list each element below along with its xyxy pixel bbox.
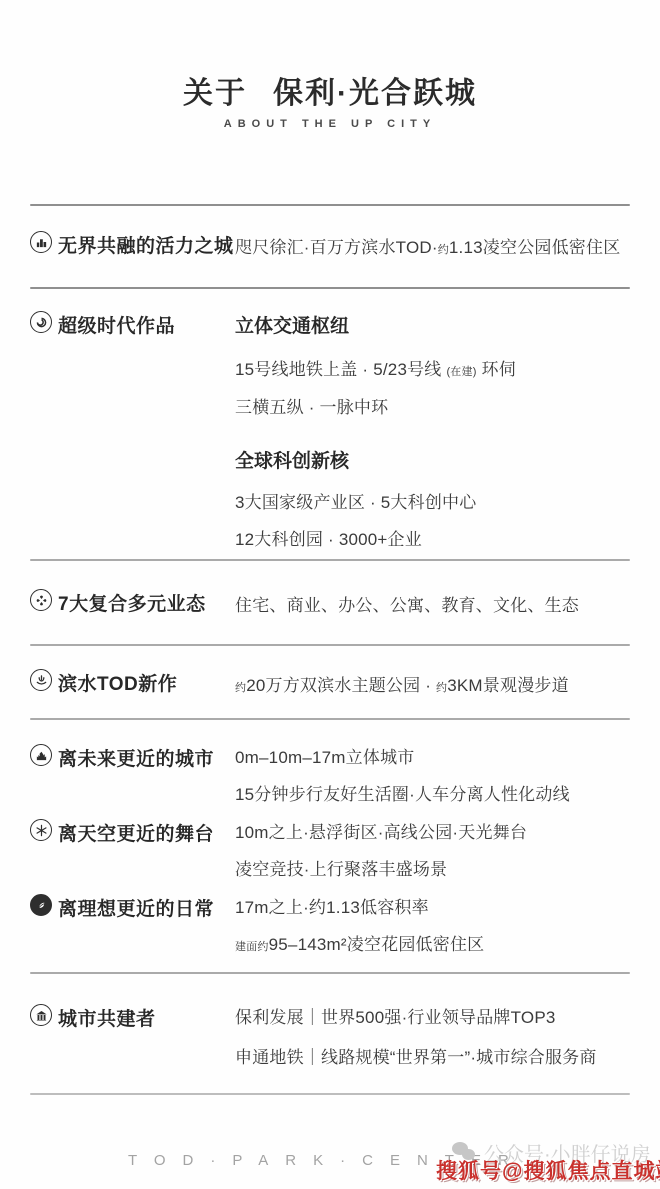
line-text: 95–143m²凌空花园低密住区	[269, 935, 485, 954]
divider	[30, 559, 630, 561]
section-label-builders: 城市共建者	[58, 1004, 156, 1031]
divider	[30, 644, 630, 646]
divider	[30, 204, 630, 206]
line-small-text: 建面约	[235, 941, 269, 953]
line-text: 15号线地铁上盖 · 5/23号线	[235, 360, 446, 379]
desc-text: 咫尺徐汇·百万方滨水TOD·	[235, 238, 438, 257]
line-text: 环伺	[477, 360, 516, 379]
page-title: 关于保利·光合跃城	[0, 68, 660, 112]
fountain-icon	[30, 669, 52, 691]
line-small-text: (在建)	[446, 366, 476, 378]
page-title-prefix: 关于	[183, 77, 247, 110]
city-line1: 0m–10m–17m立体城市	[235, 743, 414, 768]
city-skyline-icon	[30, 231, 52, 253]
section-label-vitality: 无界共融的活力之城	[58, 231, 234, 258]
divider	[30, 972, 630, 974]
desc-text: 3KM景观漫步道	[447, 676, 569, 695]
snowflake-icon	[30, 819, 52, 841]
desc-text: 1.13凌空公园低密住区	[449, 238, 621, 257]
section-desc-formats: 住宅、商业、办公、公寓、教育、文化、生态	[235, 591, 579, 616]
page-title-name: 保利·光合跃城	[273, 77, 477, 110]
section-label-tod: 滨水TOD新作	[58, 669, 177, 696]
poster-page: 关于保利·光合跃城 ABOUT THE UP CITY 无界共融的活力之城 咫尺…	[0, 0, 660, 1189]
sohu-watermark: 搜狐号@搜狐焦点直城站	[436, 1155, 660, 1185]
section-label-city: 离未来更近的城市	[58, 744, 214, 771]
builders-line2: 申通地铁｜线路规模“世界第一”·城市综合服务商	[235, 1043, 597, 1068]
desc-small-text: 约	[436, 682, 447, 694]
section-label-formats: 7大复合多元业态	[58, 589, 206, 616]
divider	[30, 287, 630, 289]
era-block2-line2: 12大科创园 · 3000+企业	[235, 525, 422, 550]
section-label-daily: 离理想更近的日常	[58, 894, 214, 921]
section-label-stage: 离天空更近的舞台	[58, 819, 214, 846]
era-block2-heading: 全球科创新核	[235, 446, 349, 473]
daily-line2: 建面约95–143m²凌空花园低密住区	[235, 930, 484, 955]
skyline-crown-icon	[30, 744, 52, 766]
builders-line1: 保利发展｜世界500强·行业领导品牌TOP3	[235, 1003, 556, 1028]
desc-small-text: 约	[235, 682, 246, 694]
era-block1-line2: 三横五纵 · 一脉中环	[235, 393, 388, 418]
era-block2-line1: 3大国家级产业区 · 5大科创中心	[235, 488, 476, 513]
city-line2: 15分钟步行友好生活圈·人车分离人性化动线	[235, 780, 570, 805]
bank-building-icon	[30, 1004, 52, 1026]
daily-line1: 17m之上·约1.13低容积率	[235, 893, 429, 918]
desc-text: 20万方双滨水主题公园 ·	[246, 676, 436, 695]
desc-small-text: 约	[438, 244, 449, 256]
clover-icon	[30, 589, 52, 611]
era-block1-heading: 立体交通枢纽	[235, 311, 349, 338]
era-block1-line1: 15号线地铁上盖 · 5/23号线 (在建) 环伺	[235, 355, 516, 380]
section-label-era: 超级时代作品	[58, 311, 175, 338]
section-desc-vitality: 咫尺徐汇·百万方滨水TOD·约1.13凌空公园低密住区	[235, 233, 620, 258]
divider	[30, 1093, 630, 1095]
section-desc-tod: 约20万方双滨水主题公园 · 约3KM景观漫步道	[235, 671, 569, 696]
leaf-icon	[30, 894, 52, 916]
page-subtitle: ABOUT THE UP CITY	[0, 118, 660, 130]
stage-line1: 10m之上·悬浮街区·高线公园·天光舞台	[235, 818, 527, 843]
divider	[30, 718, 630, 720]
stage-line2: 凌空竞技·上行聚落丰盛场景	[235, 855, 447, 880]
spiral-icon	[30, 311, 52, 333]
